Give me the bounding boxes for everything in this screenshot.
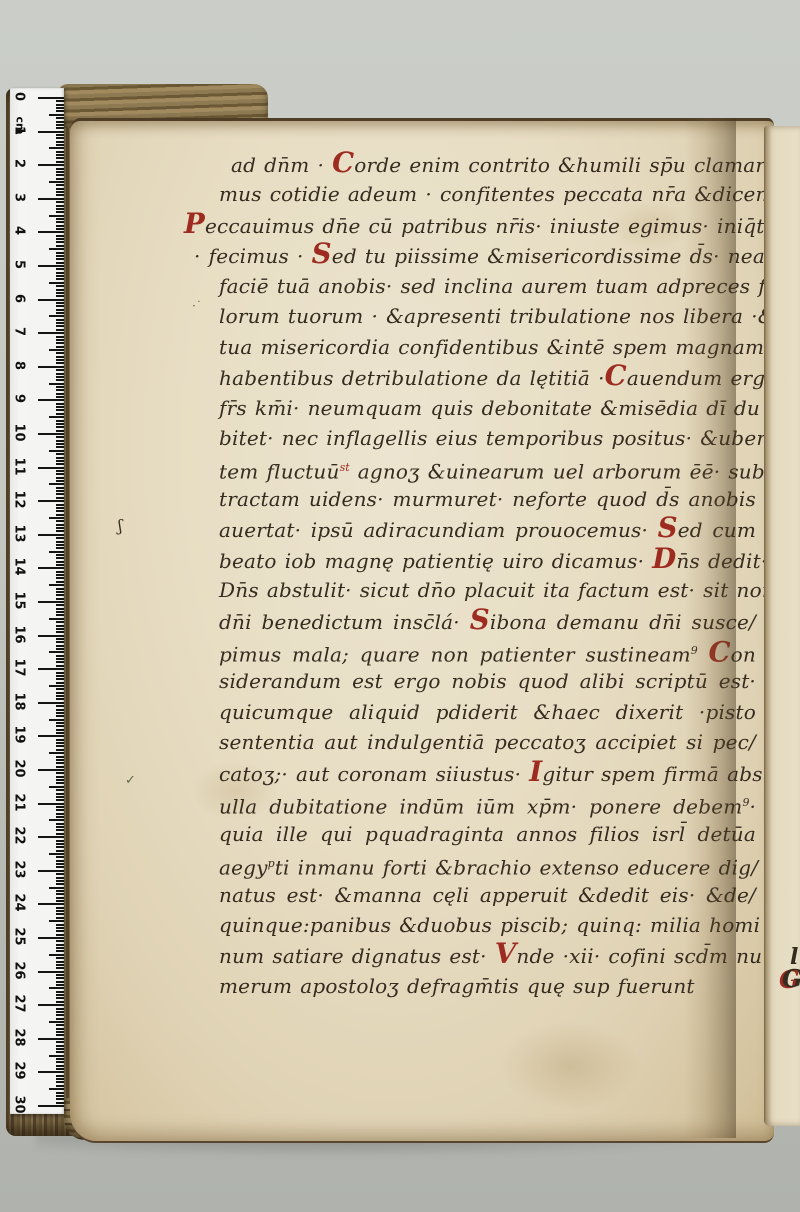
rubric-initial: C — [332, 146, 354, 179]
ruler-mm-tick — [56, 524, 64, 526]
ruler-number: 5 — [12, 256, 27, 274]
ruler-mm-tick — [56, 947, 64, 949]
ruler-mm-tick — [56, 268, 64, 270]
ruler-mm-tick — [56, 1031, 64, 1033]
ruler-number: 26 — [12, 961, 27, 979]
ruler-number: 0 — [12, 88, 27, 106]
ruler-mm-tick — [56, 346, 64, 348]
ruler-mm-tick — [56, 463, 64, 465]
ruler-mm-tick — [56, 322, 64, 324]
ruler-mm-tick — [56, 252, 64, 254]
facing-page-edge: lG — [764, 126, 800, 1126]
ruler-mm-tick — [56, 336, 64, 338]
manuscript-line: catoʒ;· aut coronam siiustus· Igitur spe… — [219, 758, 756, 788]
ruler-mm-tick — [56, 520, 64, 522]
ruler-mm-tick — [56, 809, 64, 811]
margin-mark: ✓ — [125, 773, 136, 788]
ruler-number: 12 — [12, 491, 27, 509]
ruler-mm-tick — [56, 877, 64, 879]
ruler-mm-tick — [56, 305, 64, 307]
ruler-number: 24 — [12, 894, 27, 912]
ruler-mm-tick — [56, 191, 64, 193]
ruler-mm-tick — [56, 141, 64, 143]
ruler-mm-tick — [56, 880, 64, 882]
ruler-mm-tick — [56, 598, 64, 600]
ruler-mm-tick — [56, 611, 64, 613]
ruler-mm-tick — [56, 698, 64, 700]
ruler-mm-tick — [49, 685, 64, 687]
manuscript-line: quinque:panibus &duobus piscib; quinq: m… — [219, 910, 756, 940]
text-run: catoʒ;· aut coronam siiustus· — [219, 762, 529, 786]
ruler-mm-tick — [56, 981, 64, 983]
ruler-mm-tick — [56, 913, 64, 915]
ruler-mm-tick — [56, 1051, 64, 1053]
ruler-mm-tick — [56, 1001, 64, 1003]
ruler-mm-tick — [56, 766, 64, 768]
ruler-number: 20 — [12, 760, 27, 778]
ruler-cm-tick — [38, 937, 64, 939]
ruler-number: 11 — [12, 457, 27, 475]
manuscript-line: habentibus detribulatione da lętitiā ·Ca… — [219, 362, 756, 392]
ruler-number: 28 — [12, 1028, 27, 1046]
ruler-mm-tick — [56, 712, 64, 714]
ruler-mm-tick — [56, 480, 64, 482]
ruler-mm-tick — [56, 621, 64, 623]
ruler-mm-tick — [56, 655, 64, 657]
ruler-mm-tick — [49, 819, 64, 821]
text-run: gitur spem firmā absq; — [542, 762, 782, 786]
text-run: dn̄i benedictum insc̄lá· — [219, 610, 470, 634]
text-block: ad dn̄m · Corde enim contrito &humili sp… — [219, 149, 756, 1001]
ruler-mm-tick — [56, 228, 64, 230]
ruler-mm-tick — [56, 541, 64, 543]
manuscript-page: ad dn̄m · Corde enim contrito &humili sp… — [70, 118, 774, 1143]
text-run: p — [268, 857, 275, 870]
ruler-mm-tick — [56, 631, 64, 633]
ruler-mm-tick — [56, 510, 64, 512]
ruler-mm-tick — [56, 1028, 64, 1030]
ruler-mm-tick — [56, 850, 64, 852]
ruler-mm-tick — [56, 295, 64, 297]
ruler-mm-tick — [56, 446, 64, 448]
ruler-mm-tick — [56, 554, 64, 556]
ruler-mm-tick — [56, 924, 64, 926]
ruler-mm-tick — [56, 1034, 64, 1036]
ruler-cm-tick — [38, 567, 64, 569]
ruler-mm-tick — [56, 430, 64, 432]
manuscript-line: Dn̄s abstulit· sicut dn̄o placuit ita fa… — [219, 575, 756, 605]
ruler-mm-tick — [56, 705, 64, 707]
ruler-mm-tick — [56, 974, 64, 976]
rubric-initial: P — [184, 207, 205, 240]
ruler-mm-tick — [49, 181, 64, 183]
manuscript-line: beato iob magnę patientię uiro dicamus· … — [219, 545, 756, 575]
ruler-cm-tick — [38, 164, 64, 166]
ruler-cm-tick — [38, 836, 64, 838]
ruler-number: 22 — [12, 827, 27, 845]
ruler-cm-tick — [38, 903, 64, 905]
manuscript-line: dn̄i benedictum insc̄lá· Sibona demanu … — [219, 606, 756, 636]
ruler-mm-tick — [56, 577, 64, 579]
ruler-mm-tick — [56, 1092, 64, 1094]
ruler-mm-tick — [56, 967, 64, 969]
ruler-mm-tick — [56, 1024, 64, 1026]
ruler-mm-tick — [49, 248, 64, 250]
ruler-mm-tick — [56, 423, 64, 425]
ruler-mm-tick — [56, 490, 64, 492]
text-run: ulla dubitatione indūm iūm xp̄m· ponere … — [219, 795, 742, 819]
ruler-number: 4 — [12, 222, 27, 240]
ruler-mm-tick — [49, 920, 64, 922]
ruler-mm-tick — [56, 100, 64, 102]
ruler-mm-tick — [56, 530, 64, 532]
ruler-mm-tick — [56, 362, 64, 364]
text-run: aegy — [219, 856, 268, 880]
text-run: pimus mala; quare non patienter sustinea… — [219, 643, 691, 667]
ruler-mm-tick — [56, 940, 64, 942]
manuscript-line: tua misericordia confidentibus &intē spe… — [219, 332, 756, 362]
ruler-cm-tick — [38, 971, 64, 973]
ruler-mm-tick — [56, 1095, 64, 1097]
ruler-mm-tick — [56, 1078, 64, 1080]
ruler-number: 27 — [12, 995, 27, 1013]
ruler-mm-tick — [56, 255, 64, 257]
ruler-mm-tick — [56, 409, 64, 411]
text-run: num satiare dignatus est· — [219, 944, 495, 968]
ruler-mm-tick — [49, 651, 64, 653]
text-run: quia ille qui pquadraginta annos filios … — [219, 822, 756, 846]
ruler-unit-label: cm — [14, 117, 27, 135]
ruler-mm-tick — [56, 1014, 64, 1016]
ruler-mm-tick — [56, 127, 64, 129]
ruler-mm-tick — [56, 846, 64, 848]
ruler-mm-tick — [56, 238, 64, 240]
ruler-mm-tick — [49, 282, 64, 284]
ruler-number: 8 — [12, 356, 27, 374]
ruler-mm-tick — [56, 934, 64, 936]
ruler-mm-tick — [56, 134, 64, 136]
ruler-mm-tick — [56, 144, 64, 146]
ruler-mm-tick — [56, 984, 64, 986]
book: ad dn̄m · Corde enim contrito &humili sp… — [6, 84, 800, 1146]
ruler-number: 15 — [12, 592, 27, 610]
ruler-mm-tick — [49, 584, 64, 586]
ruler-number: 29 — [12, 1062, 27, 1080]
ruler-mm-tick — [56, 961, 64, 963]
ruler-cm-tick — [38, 265, 64, 267]
ruler-mm-tick — [56, 386, 64, 388]
ruler-mm-tick — [56, 211, 64, 213]
rubric-initial: V — [495, 937, 517, 970]
ruler-mm-tick — [56, 356, 64, 358]
ruler-mm-tick — [56, 762, 64, 764]
ruler-mm-tick — [56, 292, 64, 294]
ruler-mm-tick — [49, 315, 64, 317]
ruler-mm-tick — [56, 873, 64, 875]
ruler-mm-tick — [56, 682, 64, 684]
ruler-mm-tick — [49, 349, 64, 351]
ruler-mm-tick — [56, 174, 64, 176]
photo-scene: ad dn̄m · Corde enim contrito &humili sp… — [0, 0, 800, 1212]
ruler-mm-tick — [56, 564, 64, 566]
ruler-mm-tick — [56, 235, 64, 237]
ruler-mm-tick — [49, 618, 64, 620]
ruler-mm-tick — [49, 114, 64, 116]
ruler-mm-tick — [56, 537, 64, 539]
manuscript-line: · fecimus · Sed tu piissime &misericordi… — [194, 240, 756, 270]
ruler-mm-tick — [56, 997, 64, 999]
ruler-mm-tick — [56, 749, 64, 751]
ruler-cm-tick — [38, 870, 64, 872]
text-run: · fecimus · — [194, 244, 312, 268]
ruler-cm-tick — [38, 332, 64, 334]
ruler-mm-tick — [56, 393, 64, 395]
ruler-mm-tick — [56, 309, 64, 311]
ruler-mm-tick — [49, 1088, 64, 1090]
ruler-mm-tick — [56, 302, 64, 304]
manuscript-line: Peccauimus dn̄e cū patribus nr̄is· inius… — [184, 210, 756, 240]
ruler-mm-tick — [56, 436, 64, 438]
rubric-initial: C — [605, 359, 627, 392]
manuscript-line: quicumque aliquid pdiderit &haec dixerit… — [219, 697, 756, 727]
ruler-mm-tick — [56, 665, 64, 667]
facing-page-text-fragment: G — [782, 964, 800, 993]
ruler-mm-tick — [56, 813, 64, 815]
ruler-mm-tick — [56, 1098, 64, 1100]
ruler-number: 18 — [12, 692, 27, 710]
ruler-mm-tick — [56, 1085, 64, 1087]
ruler-mm-tick — [56, 178, 64, 180]
ruler-mm-tick — [56, 1048, 64, 1050]
ruler-mm-tick — [56, 221, 64, 223]
ruler-mm-tick — [56, 625, 64, 627]
ruler-number: 14 — [12, 558, 27, 576]
ruler-mm-tick — [56, 117, 64, 119]
ruler-mm-tick — [56, 379, 64, 381]
ruler-mm-tick — [56, 897, 64, 899]
ruler-mm-tick — [56, 964, 64, 966]
ruler-mm-tick — [56, 544, 64, 546]
ruler-mm-tick — [56, 796, 64, 798]
ruler-mm-tick — [56, 1081, 64, 1083]
ruler-mm-tick — [56, 944, 64, 946]
ruler-mm-tick — [56, 1018, 64, 1020]
ruler-mm-tick — [49, 954, 64, 956]
ruler-mm-tick — [56, 154, 64, 156]
ruler-cm-tick — [38, 803, 64, 805]
ruler-mm-tick — [56, 927, 64, 929]
ruler-mm-tick — [56, 1065, 64, 1067]
manuscript-line: bitet· nec inflagellis eius temporibus p… — [219, 423, 756, 453]
ruler-mm-tick — [56, 262, 64, 264]
ruler-cm-tick — [38, 635, 64, 637]
ruler-mm-tick — [56, 994, 64, 996]
ruler-cm-tick — [38, 97, 64, 99]
ruler-mm-tick — [56, 329, 64, 331]
ruler-mm-tick — [56, 816, 64, 818]
ruler-mm-tick — [56, 504, 64, 506]
ruler-mm-tick — [56, 709, 64, 711]
ruler-cm-tick — [38, 769, 64, 771]
manuscript-line: quia ille qui pquadraginta annos filios … — [219, 819, 756, 849]
ruler-mm-tick — [56, 218, 64, 220]
ruler-mm-tick — [56, 829, 64, 831]
ruler-mm-tick — [56, 487, 64, 489]
ruler-mm-tick — [56, 201, 64, 203]
ruler-cm-tick — [38, 601, 64, 603]
manuscript-line: tem fluctuūst agnoʒ &uinearum uel arboru… — [219, 453, 756, 483]
ruler-mm-tick — [56, 776, 64, 778]
ruler-mm-tick — [56, 571, 64, 573]
ruler-mm-tick — [56, 628, 64, 630]
ruler-mm-tick — [56, 161, 64, 163]
manuscript-line: mus cotidie adeum · confitentes peccata … — [219, 179, 756, 209]
ruler-mm-tick — [56, 426, 64, 428]
ruler-mm-tick — [56, 645, 64, 647]
gutter-fold-shadow — [684, 118, 736, 1138]
ruler-mm-tick — [56, 581, 64, 583]
ruler-mm-tick — [56, 188, 64, 190]
ruler-mm-tick — [56, 900, 64, 902]
ruler-mm-tick — [56, 1045, 64, 1047]
ruler-mm-tick — [56, 272, 64, 274]
text-run: quicumque aliquid pdiderit &haec dixerit… — [219, 700, 756, 724]
ruler-number: 21 — [12, 793, 27, 811]
ruler-mm-tick — [56, 312, 64, 314]
ruler-mm-tick — [56, 104, 64, 106]
ruler-number: 9 — [12, 390, 27, 408]
ruler-mm-tick — [56, 991, 64, 993]
ruler-mm-tick — [56, 275, 64, 277]
ruler-mm-tick — [49, 752, 64, 754]
ruler-mm-tick — [56, 497, 64, 499]
ruler-cm-tick — [38, 131, 64, 133]
ruler-mm-tick — [56, 638, 64, 640]
ruler-mm-tick — [56, 950, 64, 952]
ruler-mm-tick — [49, 887, 64, 889]
ruler-mm-tick — [56, 225, 64, 227]
ruler-mm-tick — [56, 507, 64, 509]
ruler-mm-tick — [56, 833, 64, 835]
ruler-mm-tick — [56, 389, 64, 391]
text-run: siderandum est ergo nobis quod alibi scr… — [219, 669, 756, 693]
ruler-mm-tick — [56, 779, 64, 781]
ruler-mm-tick — [56, 756, 64, 758]
ruler-mm-tick — [56, 614, 64, 616]
ruler-mm-tick — [56, 208, 64, 210]
manuscript-line: lorum tuorum · &apresenti tribulatione n… — [219, 301, 756, 331]
ruler-cm-tick — [38, 198, 64, 200]
manuscript-line: natus est· &manna cęli apperuit &dedit e… — [219, 880, 756, 910]
ruler-mm-tick — [56, 420, 64, 422]
ruler-mm-tick — [56, 789, 64, 791]
ruler-mm-tick — [56, 339, 64, 341]
ruler-mm-tick — [56, 1075, 64, 1077]
ruler-mm-tick — [56, 672, 64, 674]
ruler-mm-tick — [56, 171, 64, 173]
ruler-mm-tick — [56, 205, 64, 207]
ruler-mm-tick — [56, 396, 64, 398]
ruler-mm-tick — [49, 853, 64, 855]
ruler-mm-tick — [56, 184, 64, 186]
ruler-mm-tick — [56, 893, 64, 895]
ruler-mm-tick — [56, 977, 64, 979]
ruler-mm-tick — [56, 591, 64, 593]
ruler-mm-tick — [56, 194, 64, 196]
text-run: beato iob magnę patientię uiro dicamus· — [219, 549, 652, 573]
rubric-initial: S — [312, 237, 332, 270]
ruler-mm-tick — [56, 137, 64, 139]
ruler-mm-tick — [56, 759, 64, 761]
ruler-mm-tick — [56, 588, 64, 590]
ruler-mm-tick — [56, 241, 64, 243]
text-run: sententia aut indulgentiā peccatoʒ accip… — [219, 730, 756, 754]
ruler-mm-tick — [49, 551, 64, 553]
ruler-mm-tick — [56, 460, 64, 462]
manuscript-line: faciē tuā anobis· sed inclina aurem tuam… — [219, 271, 756, 301]
ruler-mm-tick — [56, 527, 64, 529]
ruler-mm-tick — [56, 514, 64, 516]
ruler-cm-tick — [38, 1004, 64, 1006]
ruler-mm-tick — [56, 729, 64, 731]
ruler-mm-tick — [56, 157, 64, 159]
manuscript-line: pimus mala; quare non patienter sustinea… — [219, 636, 756, 666]
ruler-cm-tick — [38, 668, 64, 670]
manuscript-line: tractam uidens· murmuret· neforte quod d… — [219, 484, 756, 514]
ruler-mm-tick — [56, 658, 64, 660]
ruler-number: 10 — [12, 424, 27, 442]
ruler-mm-tick — [56, 1102, 64, 1104]
manuscript-line: aegypti inmanu forti &brachio extenso ed… — [219, 849, 756, 879]
ruler-number: 17 — [12, 659, 27, 677]
text-run: habentibus detribulatione da lętitiā · — [219, 366, 605, 390]
ruler-mm-tick — [56, 890, 64, 892]
ruler-mm-tick — [56, 907, 64, 909]
ruler-mm-tick — [56, 823, 64, 825]
rubric-initial: D — [652, 542, 676, 575]
ruler-mm-tick — [49, 1055, 64, 1057]
ruler-mm-tick — [56, 722, 64, 724]
ruler-mm-tick — [49, 517, 64, 519]
ruler-number: 19 — [12, 726, 27, 744]
text-run: st — [340, 461, 350, 474]
ruler-mm-tick — [56, 557, 64, 559]
ruler-mm-tick — [56, 930, 64, 932]
ruler-cm-tick — [38, 702, 64, 704]
ruler-mm-tick — [56, 124, 64, 126]
ruler-mm-tick — [56, 910, 64, 912]
text-run: auertat· ipsū adiracundiam prouocemus· — [219, 518, 658, 542]
ruler-mm-tick — [56, 1058, 64, 1060]
margin-mark: ʃ — [118, 516, 122, 535]
ruler-mm-tick — [56, 574, 64, 576]
ruler-mm-tick — [56, 1068, 64, 1070]
ruler-mm-tick — [56, 692, 64, 694]
ruler-mm-tick — [56, 772, 64, 774]
stain — [500, 1021, 640, 1111]
text-run: merum apostoloʒ defragm̄tis quę sup fuer… — [219, 974, 695, 998]
ruler-mm-tick — [56, 840, 64, 842]
ruler-mm-tick — [49, 1021, 64, 1023]
ruler-mm-tick — [56, 413, 64, 415]
ruler-mm-tick — [49, 786, 64, 788]
ruler-mm-tick — [56, 866, 64, 868]
text-run: fr̄s km̄i· neumquam quis debonitate &mis… — [219, 396, 760, 420]
rubric-initial: I — [529, 755, 542, 788]
ruler-mm-tick — [56, 608, 64, 610]
ruler-number: 6 — [12, 289, 27, 307]
ruler-mm-tick — [56, 725, 64, 727]
